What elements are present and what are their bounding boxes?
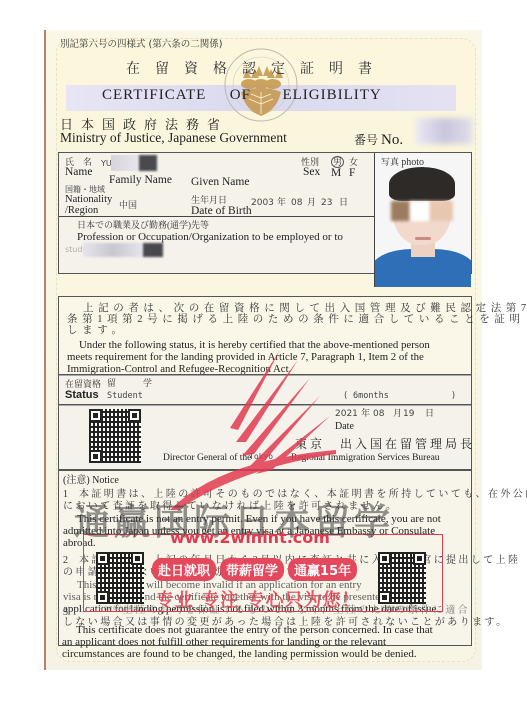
watermark-tags: 赴日就职带薪留学通赢15年: [152, 558, 361, 581]
notice-item-3-en3: circumstances are found to be changed, t…: [62, 648, 417, 660]
issue-day: 19: [403, 409, 414, 419]
dob-year-unit: 年: [277, 197, 286, 207]
dob-label-jp: 生年月日: [191, 195, 227, 205]
status-label-jp: 在留資格: [65, 379, 101, 389]
issue-month-unit: 月: [393, 408, 402, 418]
brand-logo-watermark-icon: [160, 350, 340, 510]
notice-heading: (注意) Notice: [63, 475, 119, 486]
cert-jp-line3: します。: [67, 325, 527, 336]
title-english: CERTIFICATE OF ELIGIBILITY: [102, 87, 382, 104]
issue-year-unit: 年: [361, 408, 370, 418]
issue-month: 08: [373, 409, 384, 419]
occupation-label-jp: 日本での職業及び勤務(通学)先等: [77, 220, 209, 230]
period-close: ): [451, 391, 456, 401]
right-qr-caption: 日本留学咨询微信: [380, 605, 420, 612]
face-redacted: [391, 201, 453, 221]
photo-label: 写真 photo: [381, 157, 424, 168]
watermark-slogan: 专业 专注 专心只为您！: [156, 586, 361, 612]
title-en-of: OF: [230, 87, 251, 103]
cert-jp-line1: 上記の者は、次の在留資格に関して出入国管理及び難民認定法第7: [67, 303, 527, 314]
title-en-eligibility: ELIGIBILITY: [282, 87, 381, 103]
dob-month-unit: 月: [307, 197, 316, 207]
ministry-seal-icon: [221, 30, 301, 140]
document-qr-code: [89, 409, 141, 463]
notice-item-3-en2: an applicant does not fulfill other requ…: [62, 636, 386, 648]
occupation-redacted-light: [83, 243, 143, 257]
form-identifier: 別記第六号の四様式 (第六条の二関係): [60, 36, 222, 50]
watermark-url: www.2winint.com: [170, 528, 330, 547]
nationality-value: 中国: [119, 200, 137, 210]
title-en-certificate: CERTIFICATE: [102, 87, 206, 103]
name-label-en: Name: [65, 167, 92, 178]
applicant-photo: 写真 photo: [374, 153, 471, 287]
tag-pill: 赴日就职: [152, 558, 216, 581]
status-value-jp: 留 学: [107, 378, 152, 388]
given-name-label: Given Name: [191, 177, 249, 188]
tag-pill: 带薪留学: [220, 558, 284, 581]
left-wechat-qr-code: [96, 552, 144, 604]
cert-jp-line2: 条第1項第2号に掲げる上陸のための条件に適合していることを証明: [67, 314, 527, 325]
period-open: (: [343, 391, 348, 401]
sex-label-en: Sex: [303, 167, 320, 178]
family-name-label: Family Name: [109, 175, 172, 186]
status-label-en: Status: [65, 390, 99, 401]
occupation-label-en: Profession or Occupation/Organization to…: [77, 232, 343, 243]
region-label-en: /Region: [65, 205, 98, 216]
name-redacted-dark: [139, 155, 157, 171]
left-qr-caption: 官方老师咨询微信: [98, 605, 138, 612]
sex-m-en: M: [331, 168, 341, 179]
sex-f-en: F: [349, 168, 355, 179]
dob-year: 2003: [251, 198, 274, 208]
name-redacted-light: [111, 155, 139, 171]
right-wechat-qr-code: [378, 552, 426, 604]
nationality-label-en: Nationality: [65, 194, 112, 205]
certificate-number-label: 番号 No.: [354, 131, 403, 149]
dob-day: 23: [321, 198, 332, 208]
number-en: No.: [381, 132, 403, 148]
dob-month: 08: [291, 198, 302, 208]
issue-day-unit: 日: [425, 408, 434, 418]
certificate-number-redacted: [416, 118, 472, 144]
notice-item-3-en1: This certificate does not guarantee the …: [76, 624, 433, 636]
period-of-stay: 6months: [353, 391, 389, 401]
dob-day-unit: 日: [339, 197, 348, 207]
status-value-en: Student: [107, 391, 143, 401]
ministry-english: Ministry of Justice, Japanese Government: [60, 130, 287, 146]
tag-pill: 通赢15年: [288, 558, 357, 581]
title-japanese: 在留資格認定証明書: [126, 58, 426, 78]
sex-option-f: 女: [349, 157, 358, 167]
occupation-redacted-dark: [143, 243, 163, 257]
applicant-section: 氏 名 Name YU Family Name Given Name 性別 Se…: [58, 152, 472, 274]
divider: [59, 216, 375, 217]
